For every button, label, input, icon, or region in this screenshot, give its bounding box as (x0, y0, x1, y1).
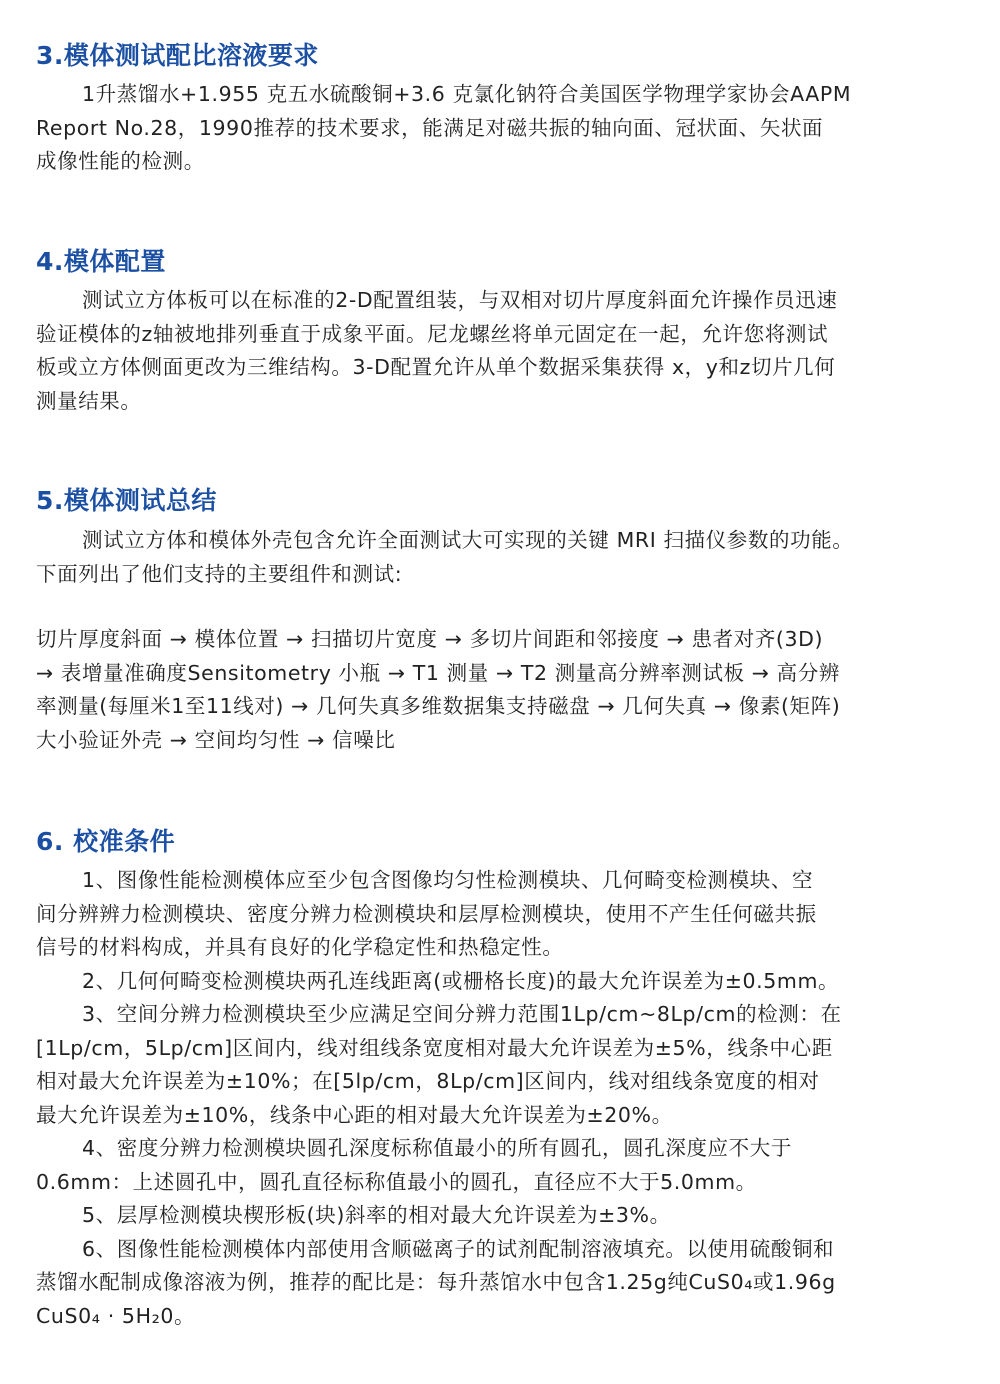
test-flow-line: → 表增量准确度Sensitometry 小瓶 → T1 测量 → T2 测量高… (36, 657, 966, 691)
section-5-line: 测试立方体和模体外壳包含允许全面测试大可实现的关键 MRI 扫描仪参数的功能。 (36, 524, 966, 558)
section-3-line: 成像性能的检测。 (36, 145, 966, 179)
section-5-heading: 5.模体测试总结 (36, 485, 217, 517)
section-4-heading: 4.模体配置 (36, 246, 166, 278)
section-6-line: CuS0₄ · 5H₂0。 (36, 1300, 966, 1334)
section-3-line: Report No.28，1990推荐的技术要求，能满足对磁共振的轴向面、冠状面… (36, 112, 966, 146)
section-6-line: 最大允许误差为±10%，线条中心距的相对最大允许误差为±20%。 (36, 1099, 966, 1133)
section-6-line: 2、几何何畸变检测模块两孔连线距离(或栅格长度)的最大允许误差为±0.5mm。 (36, 965, 966, 999)
section-3-line: 1升蒸馏水+1.955 克五水硫酸铜+3.6 克氯化钠符合美国医学物理学家协会A… (36, 78, 966, 112)
section-6-line: 1、图像性能检测模体应至少包含图像均匀性检测模块、几何畸变检测模块、空 (36, 864, 966, 898)
section-6-line: 相对最大允许误差为±10%；在[5lp/cm，8Lp/cm]区间内，线对组线条宽… (36, 1065, 966, 1099)
section-4-line: 验证模体的z轴被地排列垂直于成象平面。尼龙螺丝将单元固定在一起，允许您将测试 (36, 318, 966, 352)
section-4-body: 测试立方体板可以在标准的2-D配置组装，与双相对切片厚度斜面允许操作员迅速 验证… (36, 284, 966, 418)
section-4-line: 板或立方体侧面更改为三维结构。3-D配置允许从单个数据采集获得 x，y和z切片几… (36, 351, 966, 385)
section-6-body: 1、图像性能检测模体应至少包含图像均匀性检测模块、几何畸变检测模块、空 间分辨辨… (36, 864, 966, 1333)
section-6-line: 5、层厚检测模块楔形板(块)斜率的相对最大允许误差为±3%。 (36, 1199, 966, 1233)
section-6-line: 间分辨辨力检测模块、密度分辨力检测模块和层厚检测模块，使用不产生任何磁共振 (36, 898, 966, 932)
section-6-line: 4、密度分辨力检测模块圆孔深度标称值最小的所有圆孔，圆孔深度应不大于 (36, 1132, 966, 1166)
test-flow-line: 率测量(每厘米1至11线对) → 几何失真多维数据集支持磁盘 → 几何失真 → … (36, 690, 966, 724)
section-4-line: 测试立方体板可以在标准的2-D配置组装，与双相对切片厚度斜面允许操作员迅速 (36, 284, 966, 318)
section-3-body: 1升蒸馏水+1.955 克五水硫酸铜+3.6 克氯化钠符合美国医学物理学家协会A… (36, 78, 966, 179)
test-flow-list: 切片厚度斜面 → 模体位置 → 扫描切片宽度 → 多切片间距和邻接度 → 患者对… (36, 623, 966, 757)
section-4-line: 测量结果。 (36, 385, 966, 419)
section-6-heading: 6. 校准条件 (36, 826, 175, 858)
section-5-body: 测试立方体和模体外壳包含允许全面测试大可实现的关键 MRI 扫描仪参数的功能。 … (36, 524, 966, 591)
section-6-line: [1Lp/cm，5Lp/cm]区间内，线对组线条宽度相对最大允许误差为±5%，线… (36, 1032, 966, 1066)
test-flow-line: 大小验证外壳 → 空间均匀性 → 信噪比 (36, 724, 966, 758)
section-6-line: 6、图像性能检测模体内部使用含顺磁离子的试剂配制溶液填充。以使用硫酸铜和 (36, 1233, 966, 1267)
section-3-heading: 3.模体测试配比溶液要求 (36, 40, 319, 72)
section-6-line: 0.6mm：上述圆孔中，圆孔直径标称值最小的圆孔，直径应不大于5.0mm。 (36, 1166, 966, 1200)
document-page: 3.模体测试配比溶液要求 1升蒸馏水+1.955 克五水硫酸铜+3.6 克氯化钠… (0, 0, 1000, 1384)
test-flow-line: 切片厚度斜面 → 模体位置 → 扫描切片宽度 → 多切片间距和邻接度 → 患者对… (36, 623, 966, 657)
section-6-line: 3、空间分辨力检测模块至少应满足空间分辨力范围1Lp/cm~8Lp/cm的检测：… (36, 998, 966, 1032)
section-6-line: 蒸馏水配制成像溶液为例，推荐的配比是：每升蒸馆水中包含1.25g纯CuS0₄或1… (36, 1266, 966, 1300)
section-6-line: 信号的材料构成，并具有良好的化学稳定性和热稳定性。 (36, 931, 966, 965)
section-5-line: 下面列出了他们支持的主要组件和测试: (36, 558, 966, 592)
